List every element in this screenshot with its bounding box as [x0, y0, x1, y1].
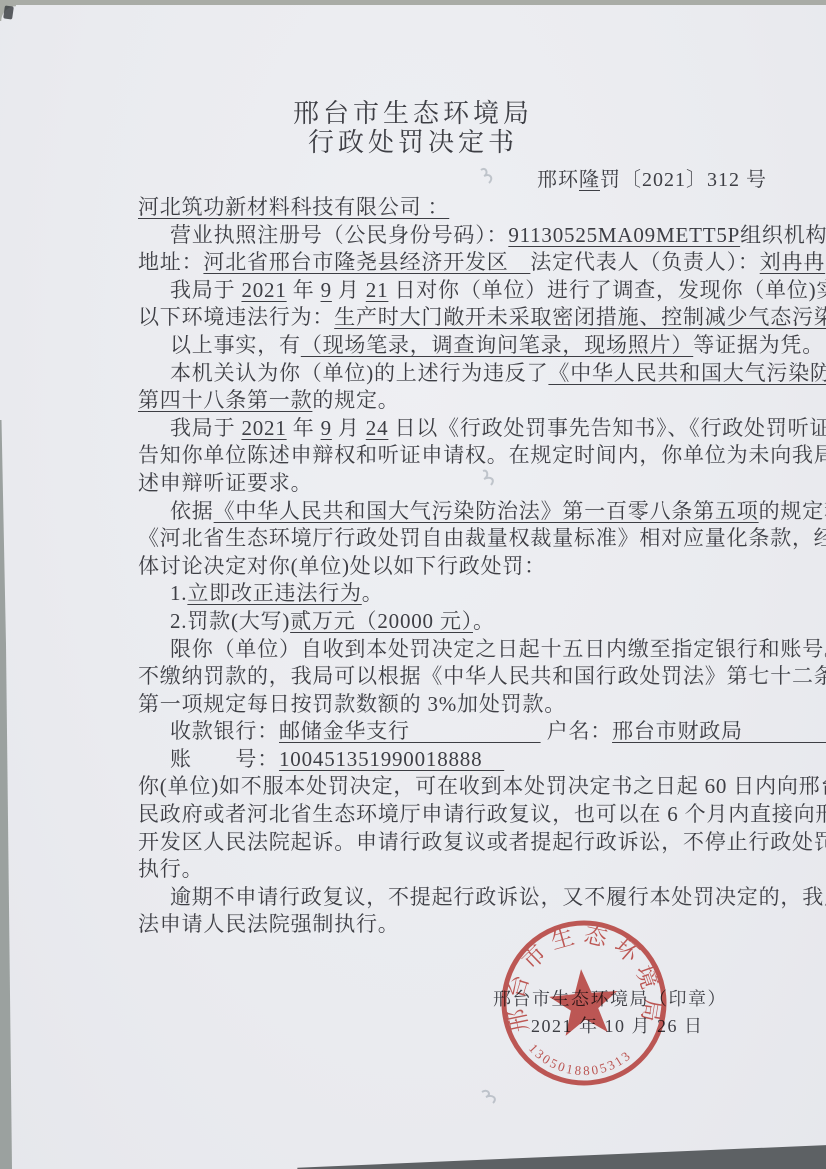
document-line: 第一项规定每日按罚款数额的 3%加处罚款。 — [138, 691, 778, 719]
document-line: 开发区人民法院起诉。申请行政复议或者提起行政诉讼，不停止行政处罚决定的 — [138, 829, 778, 857]
plain-text: 依据 — [170, 499, 214, 523]
plain-text: 《河北省生态环境厅行政处罚自由裁量权裁量标准》相对应量化条款，经我局集 — [138, 526, 826, 550]
plain-text: 第一项规定每日按罚款数额的 3%加处罚款。 — [138, 692, 566, 716]
plain-text: 逾期不申请行政复议，不提起行政诉讼，又不履行本处罚决定的，我局将依 — [170, 885, 826, 909]
scanner-background-bottom — [0, 1143, 826, 1169]
plain-text: 日以《行政处罚事先告知书》、《行政处罚听证告知书》 — [388, 416, 826, 440]
plain-text: 限你（单位）自收到本处罚决定之日起十五日内缴至指定银行和账号。逾期 — [170, 637, 826, 661]
document-line: 本机关认为你（单位)的上述行为违反了《中华人民共和国大气污染防治法》 — [138, 360, 778, 388]
plain-text: 以上事实，有 — [170, 333, 301, 357]
plain-text: 营业执照注册号（公民身份号码）： — [170, 223, 508, 247]
title-line-1: 邢台市生态环境局 — [0, 99, 826, 128]
plain-text: 本机关认为你（单位)的上述行为违反了 — [170, 361, 548, 385]
document-line: 《河北省生态环境厅行政处罚自由裁量权裁量标准》相对应量化条款，经我局集 — [138, 525, 778, 553]
plain-text: 日对你（单位）进行了调查，发现你（单位)实施了 — [388, 278, 826, 302]
document-line: 以下环境违法行为：生产时大门敞开未采取密闭措施、控制减少气态污染物排放 — [138, 304, 778, 332]
document-line: 体讨论决定对你(单位)处以如下行政处罚： — [138, 553, 778, 581]
underlined-text: 2021 — [241, 278, 286, 302]
pencil-mark-1 — [477, 164, 499, 186]
underlined-text: 9 — [321, 416, 332, 440]
plain-text: 邢环 — [537, 169, 579, 191]
underlined-text: 100451351990018888 — [279, 747, 504, 771]
plain-text: 月 — [332, 278, 366, 302]
underlined-text: 立即改正违法行为 — [187, 581, 361, 605]
document-line: 账 号：100451351990018888 — [138, 746, 778, 774]
plain-text: 不缴纳罚款的，我局可以根据《中华人民共和国行政处罚法》第七十二条第一款 — [138, 664, 826, 688]
scan-artifact — [3, 5, 14, 19]
seal-star-icon — [547, 966, 621, 1037]
document-line: 你(单位)如不服本处罚决定，可在收到本处罚决定书之日起 60 日内向邢台市人 — [138, 773, 778, 801]
document-line: 法申请人民法院强制执行。 — [138, 911, 778, 939]
plain-text: 的规定和对照 — [759, 499, 826, 523]
document-line: 1.立即改正违法行为。 — [138, 580, 778, 608]
document-line: 逾期不申请行政复议，不提起行政诉讼，又不履行本处罚决定的，我局将依 — [138, 884, 778, 912]
document-line: 2.罚款(大写)贰万元（20000 元）。 — [138, 608, 778, 636]
underlined-text: 贰万元（20000 元） — [290, 609, 473, 633]
document-line: 我局于 2021 年 9 月 24 日以《行政处罚事先告知书》、《行政处罚听证告… — [138, 415, 778, 443]
plain-text: 我局于 — [170, 278, 241, 302]
document-line: 地址：河北省邢台市隆尧县经济开发区 法定代表人（负责人）：刘冉冉 — [138, 249, 778, 277]
underlined-text: 隆 — [579, 169, 600, 191]
document-number: 邢环隆罚〔2021〕312 号 — [537, 163, 767, 192]
plain-text: 法申请人民法院强制执行。 — [138, 912, 400, 936]
plain-text: 告知你单位陈述申辩权和听证申请权。在规定时间内，你单位为未向我局提出陈 — [138, 443, 826, 467]
title-line-2: 行政处罚决定书 — [0, 128, 826, 157]
underlined-text: 24 — [366, 416, 389, 440]
underlined-text: 邮储金华支行 — [279, 719, 541, 743]
document-line: 营业执照注册号（公民身份号码）：91130525MA09METT5P组织机构代码… — [138, 222, 778, 250]
underlined-text: 21 — [366, 278, 389, 302]
document-line: 依据《中华人民共和国大气污染防治法》第一百零八条第五项的规定和对照 — [138, 498, 778, 526]
underlined-text: 邢台市财政局 — [612, 719, 826, 743]
plain-text: 民政府或者河北省生态环境厅申请行政复议，也可以在 6 个月内直接向邢台经济 — [138, 802, 826, 826]
plain-text: 1. — [170, 581, 187, 605]
plain-text: 。 — [362, 581, 384, 605]
document-line: 限你（单位）自收到本处罚决定之日起十五日内缴至指定银行和账号。逾期 — [138, 636, 778, 664]
pencil-mark-3 — [478, 1086, 502, 1106]
plain-text: 年 — [287, 278, 321, 302]
document-line: 我局于 2021 年 9 月 21 日对你（单位）进行了调查，发现你（单位)实施… — [138, 277, 778, 305]
pencil-mark-2 — [478, 466, 500, 488]
document-line: 收款银行：邮储金华支行 户名：邢台市财政局 — [138, 718, 778, 746]
scanner-background-top — [0, 0, 826, 5]
scanner-background-left — [0, 420, 12, 1169]
underlined-text: 9 — [321, 278, 332, 302]
plain-text: 地址： — [138, 250, 203, 274]
plain-text: 年 — [287, 416, 321, 440]
plain-text: 开发区人民法院起诉。申请行政复议或者提起行政诉讼，不停止行政处罚决定的 — [138, 830, 826, 854]
plain-text: 组织机构代码证： — [740, 223, 826, 247]
page-title: 邢台市生态环境局 行政处罚决定书 — [0, 99, 826, 157]
plain-text: 收款银行： — [170, 719, 279, 743]
underlined-text: 《中华人民共和国大气污染防治法》 — [548, 361, 826, 385]
plain-text: 户名： — [541, 719, 612, 743]
plain-text: 等证据为凭。 — [693, 333, 824, 357]
document-line: 第四十八条第一款的规定。 — [138, 387, 778, 415]
plain-text: 2.罚款(大写) — [170, 609, 290, 633]
document-line: 民政府或者河北省生态环境厅申请行政复议，也可以在 6 个月内直接向邢台经济 — [138, 801, 778, 829]
plain-text: 我局于 — [170, 416, 241, 440]
document-line: 以上事实，有（现场笔录，调查询问笔录，现场照片）等证据为凭。 — [138, 332, 778, 360]
underlined-text: 河北筑功新材料科技有限公司 ： — [138, 195, 449, 219]
underlined-text: 91130525MA09METT5P — [508, 223, 740, 247]
plain-text: 述申辩听证要求。 — [138, 471, 312, 495]
underlined-text: 第四十八条第一款 — [138, 388, 312, 412]
document-line: 告知你单位陈述申辩权和听证申请权。在规定时间内，你单位为未向我局提出陈 — [138, 442, 778, 470]
underlined-text: （现场笔录，调查询问笔录，现场照片） — [301, 333, 693, 357]
plain-text: 月 — [332, 416, 366, 440]
plain-text: 你(单位)如不服本处罚决定，可在收到本处罚决定书之日起 60 日内向邢台市人 — [138, 774, 826, 798]
plain-text: 。 — [473, 609, 495, 633]
underlined-text: 刘冉冉 — [760, 250, 825, 274]
underlined-text: 2021 — [241, 416, 286, 440]
plain-text: 的规定。 — [312, 388, 399, 412]
plain-text: 体讨论决定对你(单位)处以如下行政处罚： — [138, 554, 546, 578]
document-body: 河北筑功新材料科技有限公司 ：营业执照注册号（公民身份号码）：91130525M… — [138, 194, 778, 939]
document-line: 河北筑功新材料科技有限公司 ： — [138, 194, 778, 222]
official-seal: 邢台市生态环境局 1305018805313 — [486, 905, 681, 1100]
document-line: 执行。 — [138, 856, 778, 884]
plain-text: 以下环境违法行为： — [138, 305, 334, 329]
plain-text: 罚〔2021〕312 号 — [600, 169, 767, 191]
plain-text: 执行。 — [138, 857, 203, 881]
underlined-text: 河北省邢台市隆尧县经济开发区 — [203, 250, 530, 274]
plain-text: 法定代表人（负责人）： — [530, 250, 759, 274]
document-line: 不缴纳罚款的，我局可以根据《中华人民共和国行政处罚法》第七十二条第一款 — [138, 663, 778, 691]
plain-text: 账 号： — [170, 747, 279, 771]
document-line: 述申辩听证要求。 — [138, 470, 778, 498]
underlined-text: 《中华人民共和国大气污染防治法》第一百零八条第五项 — [214, 499, 759, 523]
scanned-document-page: 邢台市生态环境局 行政处罚决定书 邢环隆罚〔2021〕312 号 河北筑功新材料… — [0, 0, 826, 1169]
underlined-text: 生产时大门敞开未采取密闭措施、控制减少气态污染物排放 — [334, 305, 826, 329]
